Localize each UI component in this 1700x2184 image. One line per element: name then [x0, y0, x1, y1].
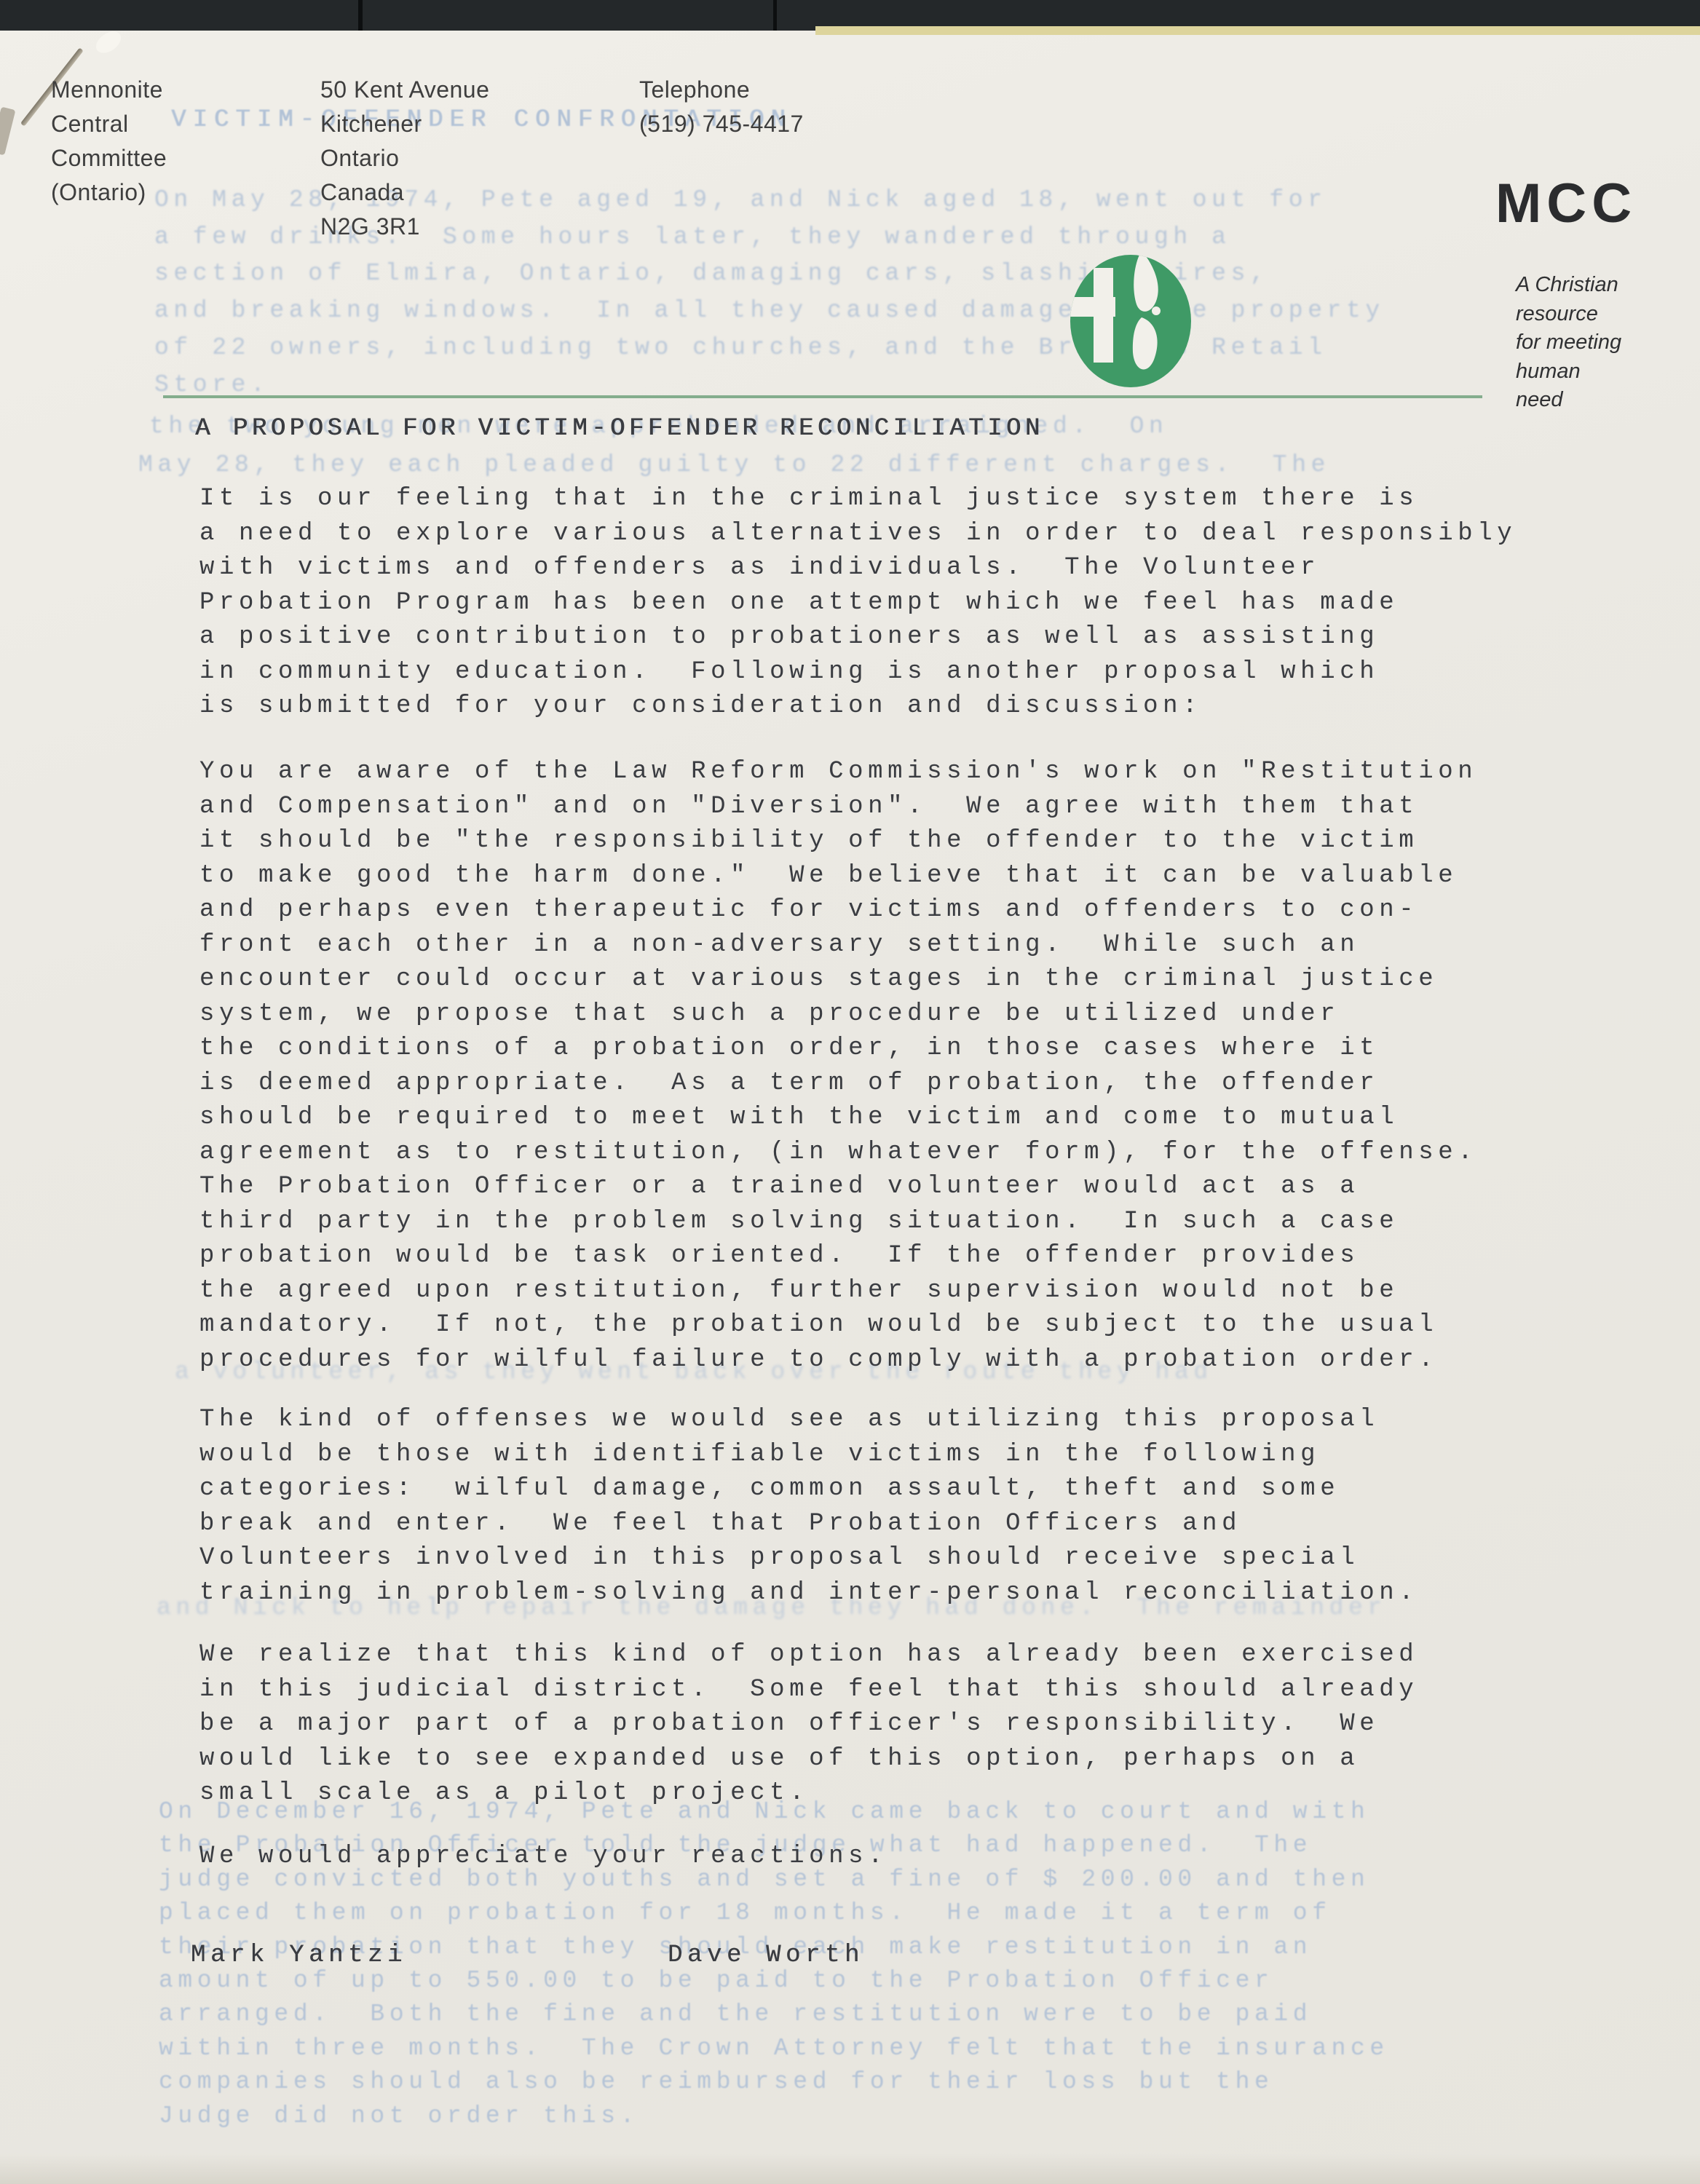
body-paragraph-3: The kind of offenses we would see as uti… [199, 1403, 1418, 1610]
scan-band-seam [773, 0, 777, 31]
body-paragraph-4: We realize that this kind of option has … [199, 1638, 1418, 1811]
staple-glint [92, 27, 125, 57]
letterhead-telephone: Telephone (519) 745-4417 [639, 73, 804, 141]
document-title: A PROPOSAL FOR VICTIM-OFFENDER RECONCILI… [195, 412, 1044, 447]
mcc-dove-cross-logo-icon [1069, 253, 1193, 389]
scanned-letter-page: VICTIM-OFFENDER CONFRONTATION On May 28,… [0, 0, 1700, 2184]
letterhead-address: 50 Kent Avenue Kitchener Ontario Canada … [320, 73, 489, 244]
body-paragraph-2: You are aware of the Law Reform Commissi… [199, 755, 1477, 1377]
mcc-tagline: A Christian resource for meeting human n… [1516, 271, 1621, 415]
body-paragraph-5: We would appreciate your reactions. [199, 1840, 887, 1875]
letterhead-divider-rule [163, 395, 1482, 398]
page-edge-mark [0, 107, 15, 156]
signature-mark-yantzi: Mark Yantzi [191, 1939, 407, 1974]
scan-band-seam [358, 0, 363, 31]
body-paragraph-1: It is our feeling that in the criminal j… [199, 482, 1517, 724]
letterhead-organization: Mennonite Central Committee (Ontario) [51, 73, 167, 210]
mcc-acronym: MCC [1495, 172, 1637, 235]
ghost-line: May 28, they each pleaded guilty to 22 d… [138, 451, 1330, 478]
scan-bottom-shadow [0, 2153, 1700, 2184]
page-under-edge [815, 26, 1700, 35]
signature-dave-worth: Dave Worth [668, 1939, 864, 1974]
